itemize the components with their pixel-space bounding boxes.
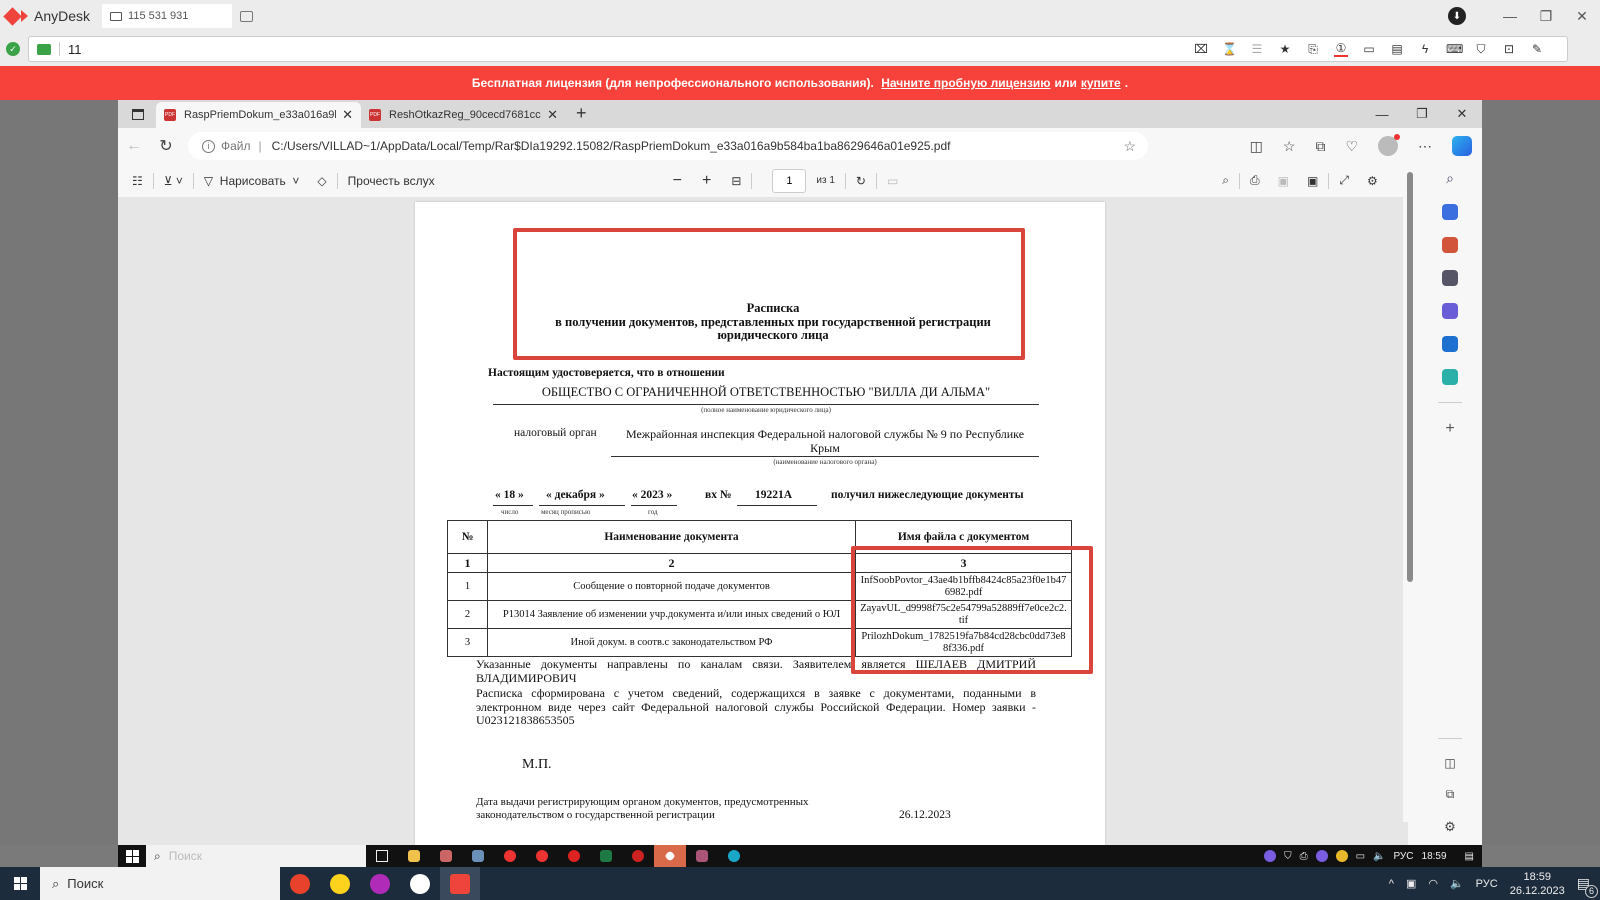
windows-logo-icon bbox=[14, 877, 27, 890]
edge-sidebar: ⌕ + ◫ ⧉ ⚙ bbox=[1418, 162, 1482, 845]
new-tab-button[interactable]: + bbox=[576, 103, 587, 124]
address-bar[interactable]: i Файл | C:/Users/VILLAD~1/AppData/Local… bbox=[188, 132, 1148, 160]
minimize-button[interactable]: — bbox=[1492, 8, 1528, 24]
privacy-icon[interactable]: ⌧ bbox=[1194, 42, 1208, 56]
favorites-icon[interactable]: ☆ bbox=[1283, 138, 1296, 155]
date-month: « декабря » bbox=[546, 489, 605, 501]
title-line: Расписка bbox=[523, 302, 1023, 316]
action-icon[interactable]: ϟ bbox=[1418, 42, 1432, 56]
tab-strip: PDF RaspPriemDokum_e33a016a9b58 ✕ PDF Re… bbox=[118, 100, 1482, 128]
draw-button[interactable]: ▽ Нарисовать ˅ bbox=[204, 174, 300, 188]
row-num: 2 bbox=[448, 601, 488, 629]
row-doc-name: Сообщение о повторной подаче документов bbox=[488, 573, 856, 601]
language-indicator[interactable]: РУС bbox=[1393, 851, 1413, 862]
row-num: 3 bbox=[448, 629, 488, 657]
divider bbox=[59, 42, 60, 56]
tools-icon[interactable] bbox=[1442, 237, 1458, 253]
search-icon[interactable]: ⌕ bbox=[1446, 170, 1454, 187]
application-paragraph: Расписка сформирована с учетом сведений,… bbox=[476, 687, 1036, 728]
close-tab-icon[interactable]: ✕ bbox=[547, 107, 558, 123]
download-icon[interactable]: ⬇ bbox=[1448, 7, 1466, 25]
split-screen-icon[interactable]: ◫ bbox=[1250, 138, 1263, 155]
incoming-label: вх № bbox=[705, 489, 731, 501]
date-day: « 18 » bbox=[495, 489, 524, 501]
edge-browser-window: PDF RaspPriemDokum_e33a016a9b58 ✕ PDF Re… bbox=[118, 100, 1482, 845]
document-title: Расписка в получении документов, предста… bbox=[523, 302, 1023, 343]
issue-text-line: Дата выдачи регистрирующим органом докум… bbox=[476, 796, 809, 809]
app-icon[interactable] bbox=[686, 845, 718, 867]
close-button[interactable]: ✕ bbox=[1564, 8, 1600, 25]
tray-volume-icon[interactable]: 🔈 bbox=[1373, 851, 1385, 862]
read-aloud-button[interactable]: Прочесть вслух bbox=[348, 174, 435, 188]
app-icon[interactable] bbox=[430, 845, 462, 867]
yandex-browser-icon[interactable] bbox=[400, 867, 440, 900]
session-tab[interactable]: 115 531 931 bbox=[102, 4, 232, 28]
tab-title: RaspPriemDokum_e33a016a9b58 bbox=[184, 109, 336, 121]
session-id: 115 531 931 bbox=[128, 10, 188, 22]
info-icon[interactable]: i bbox=[202, 140, 215, 153]
print-icon[interactable]: ⎙ bbox=[1250, 173, 1260, 188]
row-num: 1 bbox=[448, 573, 488, 601]
clock-time: 18:59 bbox=[1510, 870, 1565, 884]
favorite-star-icon[interactable]: ☆ bbox=[1123, 138, 1136, 155]
fit-width-icon[interactable]: ⊟ bbox=[731, 174, 741, 188]
more-options-icon[interactable]: ⋯ bbox=[1418, 138, 1432, 155]
minimize-button[interactable]: — bbox=[1362, 107, 1402, 122]
save-icon[interactable]: ▣ bbox=[1278, 174, 1289, 188]
remote-system-tray: ⛉ ⎙ ▭ 🔈 РУС 18:59 ▤ bbox=[1264, 850, 1474, 862]
desktop-background-left bbox=[0, 100, 118, 845]
remote-desktop: PDF RaspPriemDokum_e33a016a9b58 ✕ PDF Re… bbox=[0, 100, 1600, 900]
save-as-icon[interactable]: ▣ bbox=[1307, 174, 1318, 188]
tax-caption: (наименование налогового органа) bbox=[611, 458, 1039, 466]
tab-title: ReshOtkazReg_90cecd7681cc48c bbox=[389, 109, 541, 121]
local-taskbar: ⌕ Поиск ^ ▣ ◠ 🔈 РУС 18:59 26.12.2023 ▤6 bbox=[0, 867, 1600, 900]
divider bbox=[153, 173, 154, 189]
column-number: 2 bbox=[488, 554, 856, 573]
zoom-out-button[interactable]: − bbox=[673, 172, 682, 190]
microsoft365-icon[interactable] bbox=[1442, 303, 1458, 319]
chat-icon[interactable]: ▤ bbox=[1390, 42, 1404, 56]
header-name: Наименование документа bbox=[488, 521, 856, 554]
anydesk-logo[interactable]: AnyDesk bbox=[6, 8, 90, 24]
yandex-browser-icon[interactable] bbox=[494, 845, 526, 867]
divider bbox=[1239, 173, 1240, 189]
received-text: получил нижеследующие документы bbox=[831, 489, 1024, 501]
divider bbox=[845, 173, 846, 189]
page-view-icon[interactable]: ▭ bbox=[887, 174, 898, 188]
page-total: из 1 bbox=[816, 175, 835, 186]
contents-icon[interactable]: ☷ bbox=[132, 174, 143, 188]
opera-gx-icon[interactable] bbox=[622, 845, 654, 867]
edge-icon[interactable] bbox=[718, 845, 750, 867]
tray-shield-icon[interactable]: ⛉ bbox=[1284, 851, 1292, 862]
pdf-toolbar: ☷ ⊻ ˅ ▽ Нарисовать ˅ ◇ Прочесть вслух − … bbox=[118, 164, 1408, 198]
anydesk-logo-icon bbox=[3, 7, 21, 25]
drop-icon[interactable] bbox=[1442, 369, 1458, 385]
header-num: № bbox=[448, 521, 488, 554]
divider: | bbox=[259, 139, 262, 153]
trial-license-link[interactable]: Начните пробную лицензию bbox=[881, 76, 1050, 90]
highlight-icon[interactable]: ⊻ ˅ bbox=[164, 174, 183, 188]
opera-icon[interactable] bbox=[360, 867, 400, 900]
year-caption: год bbox=[648, 508, 658, 516]
desktop-background-right bbox=[1482, 100, 1600, 845]
address-value: 11 bbox=[68, 42, 82, 57]
row-doc-name: Р13014 Заявление об изменении учр.докуме… bbox=[488, 601, 856, 629]
date-year: « 2023 » bbox=[632, 489, 672, 501]
zoom-in-button[interactable]: + bbox=[702, 172, 711, 190]
search-icon: ⌕ bbox=[52, 876, 59, 892]
opera-icon[interactable] bbox=[558, 845, 590, 867]
tray-chrome-icon[interactable] bbox=[1336, 850, 1348, 862]
tray-app-icon[interactable] bbox=[1264, 850, 1276, 862]
tax-authority: Межрайонная инспекция Федеральной налого… bbox=[611, 427, 1039, 455]
collections-icon[interactable]: ⧉ bbox=[1315, 138, 1325, 155]
file-transfer-icon[interactable]: ⎘ bbox=[1306, 42, 1320, 57]
yandex-market-icon[interactable] bbox=[320, 867, 360, 900]
hourglass-icon[interactable]: ⌛ bbox=[1222, 42, 1236, 56]
refresh-button[interactable]: ↻ bbox=[150, 136, 182, 156]
meet-now-icon[interactable]: ▣ bbox=[1406, 877, 1416, 890]
notifications-icon[interactable]: ▤ bbox=[1465, 851, 1474, 862]
buy-link[interactable]: купите bbox=[1081, 76, 1121, 90]
annotation-files-box bbox=[851, 546, 1093, 674]
monitor-1-icon[interactable]: ① bbox=[1334, 41, 1348, 57]
month-caption: месяц прописью bbox=[541, 508, 590, 516]
url-path: C:/Users/VILLAD~1/AppData/Local/Temp/Rar… bbox=[272, 139, 1124, 153]
pdf-page: Расписка в получении документов, предста… bbox=[415, 202, 1105, 845]
license-banner: Бесплатная лицензия (для непрофессиональ… bbox=[0, 66, 1600, 100]
underline bbox=[631, 505, 677, 506]
tab-reshotkazreg[interactable]: PDF ReshOtkazReg_90cecd7681cc48c ✕ bbox=[361, 102, 566, 128]
tab-actions-icon[interactable] bbox=[132, 109, 144, 120]
shopping-icon[interactable] bbox=[1442, 204, 1458, 220]
monitor-icon bbox=[110, 12, 122, 21]
task-view-icon[interactable] bbox=[366, 845, 398, 867]
database-icon[interactable]: ☰ bbox=[1250, 42, 1264, 56]
divider bbox=[337, 173, 338, 189]
search-box[interactable]: ⌕ Поиск bbox=[40, 867, 280, 900]
restore-button[interactable]: ❐ bbox=[1402, 106, 1442, 122]
anydesk-address-field[interactable]: 11 ⌧ ⌛ ☰ ★ ⎘ ① ▭ ▤ ϟ ⌨ ⛉ ⊡ ✎ bbox=[28, 36, 1568, 62]
browser-essentials-icon[interactable]: ♡ bbox=[1345, 138, 1358, 155]
issue-text: Дата выдачи регистрирующим органом докум… bbox=[476, 796, 809, 822]
tax-name-line: Межрайонная инспекция Федеральной налого… bbox=[611, 427, 1039, 441]
anydesk-addressbar: ✓ 11 ⌧ ⌛ ☰ ★ ⎘ ① ▭ ▤ ϟ ⌨ ⛉ ⊡ ✎ ☰ bbox=[0, 32, 1600, 66]
yandex-icon[interactable] bbox=[280, 867, 320, 900]
tray-viber-icon[interactable] bbox=[1316, 850, 1328, 862]
open-external-icon[interactable]: ⧉ bbox=[1446, 787, 1455, 802]
star-icon[interactable]: ★ bbox=[1278, 42, 1292, 56]
games-icon[interactable] bbox=[1442, 270, 1458, 286]
issue-date: 26.12.2023 bbox=[899, 809, 951, 821]
scrollbar-thumb[interactable] bbox=[1407, 172, 1413, 582]
column-number: 1 bbox=[448, 554, 488, 573]
notification-center-icon[interactable]: ▤6 bbox=[1577, 875, 1590, 892]
close-button[interactable]: ✕ bbox=[1442, 106, 1482, 122]
close-tab-icon[interactable]: ✕ bbox=[342, 107, 353, 123]
shield-icon[interactable]: ⛉ bbox=[1474, 42, 1488, 57]
settings-icon[interactable]: ⚙ bbox=[1367, 174, 1378, 188]
draw-icon[interactable]: ✎ bbox=[1530, 42, 1544, 56]
banner-or: или bbox=[1054, 76, 1076, 90]
underline bbox=[539, 505, 625, 506]
org-name: ОБЩЕСТВО С ОГРАНИЧЕННОЙ ОТВЕТСТВЕННОСТЬЮ… bbox=[493, 385, 1039, 400]
underline bbox=[737, 505, 817, 506]
pdf-icon: PDF bbox=[369, 109, 381, 121]
wifi-icon[interactable]: ◠ bbox=[1428, 877, 1438, 890]
title-line: юридического лица bbox=[523, 329, 1023, 343]
excel-icon[interactable] bbox=[590, 845, 622, 867]
file-label: Файл bbox=[221, 139, 251, 153]
calculator-icon[interactable] bbox=[462, 845, 494, 867]
volume-icon[interactable]: 🔈 bbox=[1450, 877, 1464, 890]
app-name: AnyDesk bbox=[34, 8, 90, 24]
browser-toolbar: ◫ ☆ ⧉ ♡ ⋯ bbox=[1250, 128, 1472, 164]
banner-end: . bbox=[1125, 76, 1128, 90]
remote-search-box[interactable]: ⌕ Поиск bbox=[146, 845, 366, 867]
display-icon[interactable]: ▭ bbox=[1362, 42, 1376, 56]
copilot-icon[interactable] bbox=[1452, 136, 1472, 156]
browser-window-controls: — ❐ ✕ bbox=[1362, 100, 1482, 128]
sidebar-toggle-icon[interactable]: ◫ bbox=[1444, 756, 1455, 770]
windows-logo-icon bbox=[126, 850, 139, 863]
vertical-scrollbar[interactable] bbox=[1403, 162, 1417, 822]
keyboard-icon[interactable]: ⌨ bbox=[1446, 42, 1460, 56]
row-doc-name: Иной докум. в соотв.с законодательством … bbox=[488, 629, 856, 657]
eraser-icon[interactable]: ◇ bbox=[317, 174, 326, 188]
explorer-icon[interactable] bbox=[398, 845, 430, 867]
remote-clock[interactable]: 18:59 bbox=[1422, 851, 1447, 862]
anydesk-icon[interactable] bbox=[440, 867, 480, 900]
language-indicator[interactable]: РУС bbox=[1476, 878, 1498, 890]
restore-button[interactable]: ❐ bbox=[1528, 8, 1564, 25]
yandex-icon[interactable] bbox=[526, 845, 558, 867]
day-caption: число bbox=[501, 508, 518, 516]
underline bbox=[493, 404, 1039, 405]
show-hidden-icons[interactable]: ^ bbox=[1389, 878, 1394, 890]
navigation-bar: ← ↻ i Файл | C:/Users/VILLAD~1/AppData/L… bbox=[118, 128, 1482, 164]
profile-avatar[interactable] bbox=[1378, 136, 1398, 156]
applicant-paragraph: Указанные документы направлены по канала… bbox=[476, 658, 1036, 685]
remote-start-button[interactable] bbox=[118, 845, 146, 867]
tax-name-line: Крым bbox=[611, 441, 1039, 455]
divider bbox=[876, 173, 877, 189]
search-placeholder: Поиск bbox=[169, 849, 202, 863]
search-icon[interactable]: ⌕ bbox=[1222, 173, 1229, 188]
back-button[interactable]: ← bbox=[118, 137, 150, 155]
banner-text: Бесплатная лицензия (для непрофессиональ… bbox=[472, 76, 874, 90]
anydesk-titlebar: AnyDesk 115 531 931 ⬇ — ❐ ✕ bbox=[0, 0, 1600, 32]
draw-label: Нарисовать bbox=[220, 174, 286, 188]
new-session-button[interactable] bbox=[240, 11, 253, 22]
search-placeholder: Поиск bbox=[67, 876, 103, 891]
window-controls: ⬇ — ❐ ✕ bbox=[1448, 0, 1600, 32]
connected-check-icon: ✓ bbox=[6, 42, 20, 56]
tray-network-icon[interactable]: ▭ bbox=[1356, 851, 1365, 862]
session-toolbar: ⌧ ⌛ ☰ ★ ⎘ ① ▭ ▤ ϟ ⌨ ⛉ ⊡ ✎ bbox=[1194, 41, 1544, 57]
stamp-label: М.П. bbox=[522, 757, 552, 773]
clock-date: 26.12.2023 bbox=[1510, 884, 1565, 898]
notification-count: 6 bbox=[1585, 885, 1598, 898]
underline bbox=[493, 505, 533, 506]
incoming-number: 19221А bbox=[755, 489, 792, 501]
tab-rasppriemdokum[interactable]: PDF RaspPriemDokum_e33a016a9b58 ✕ bbox=[156, 102, 361, 128]
org-caption: (полное наименование юридического лица) bbox=[493, 406, 1039, 414]
anydesk-icon[interactable] bbox=[654, 845, 686, 867]
divider bbox=[193, 173, 194, 189]
divider bbox=[1438, 402, 1462, 403]
underline bbox=[611, 456, 1039, 457]
title-line: в получении документов, представленных п… bbox=[523, 316, 1023, 330]
tray-printer-icon[interactable]: ⎙ bbox=[1300, 851, 1308, 862]
pdf-icon: PDF bbox=[164, 109, 176, 121]
pdf-viewer: Расписка в получении документов, предста… bbox=[118, 198, 1408, 845]
search-icon: ⌕ bbox=[154, 849, 161, 864]
sidebar-settings-icon[interactable]: ⚙ bbox=[1444, 819, 1456, 835]
start-button[interactable] bbox=[0, 877, 40, 890]
tax-label: налоговый орган bbox=[514, 427, 597, 439]
remote-taskbar: ⌕ Поиск ⛉ ⎙ ▭ 🔈 РУС 18:59 ▤ bbox=[118, 845, 1482, 867]
system-tray: ^ ▣ ◠ 🔈 РУС 18:59 26.12.2023 ▤6 bbox=[1389, 870, 1590, 898]
page-number-input[interactable]: 1 bbox=[772, 169, 806, 193]
outlook-icon[interactable] bbox=[1442, 336, 1458, 352]
remote-screen-icon bbox=[37, 44, 51, 55]
record-icon[interactable]: ⊡ bbox=[1502, 42, 1516, 56]
divider bbox=[751, 173, 752, 189]
certify-text: Настоящим удостоверяется, что в отношени… bbox=[488, 367, 725, 379]
fullscreen-icon[interactable]: ⤢ bbox=[1339, 173, 1349, 188]
clock[interactable]: 18:59 26.12.2023 bbox=[1510, 870, 1565, 898]
rotate-icon[interactable]: ↻ bbox=[856, 174, 866, 188]
issue-text-line: законодательством о государственной реги… bbox=[476, 809, 809, 822]
divider bbox=[1438, 738, 1462, 739]
divider bbox=[1328, 173, 1329, 189]
add-icon[interactable]: + bbox=[1445, 420, 1454, 438]
